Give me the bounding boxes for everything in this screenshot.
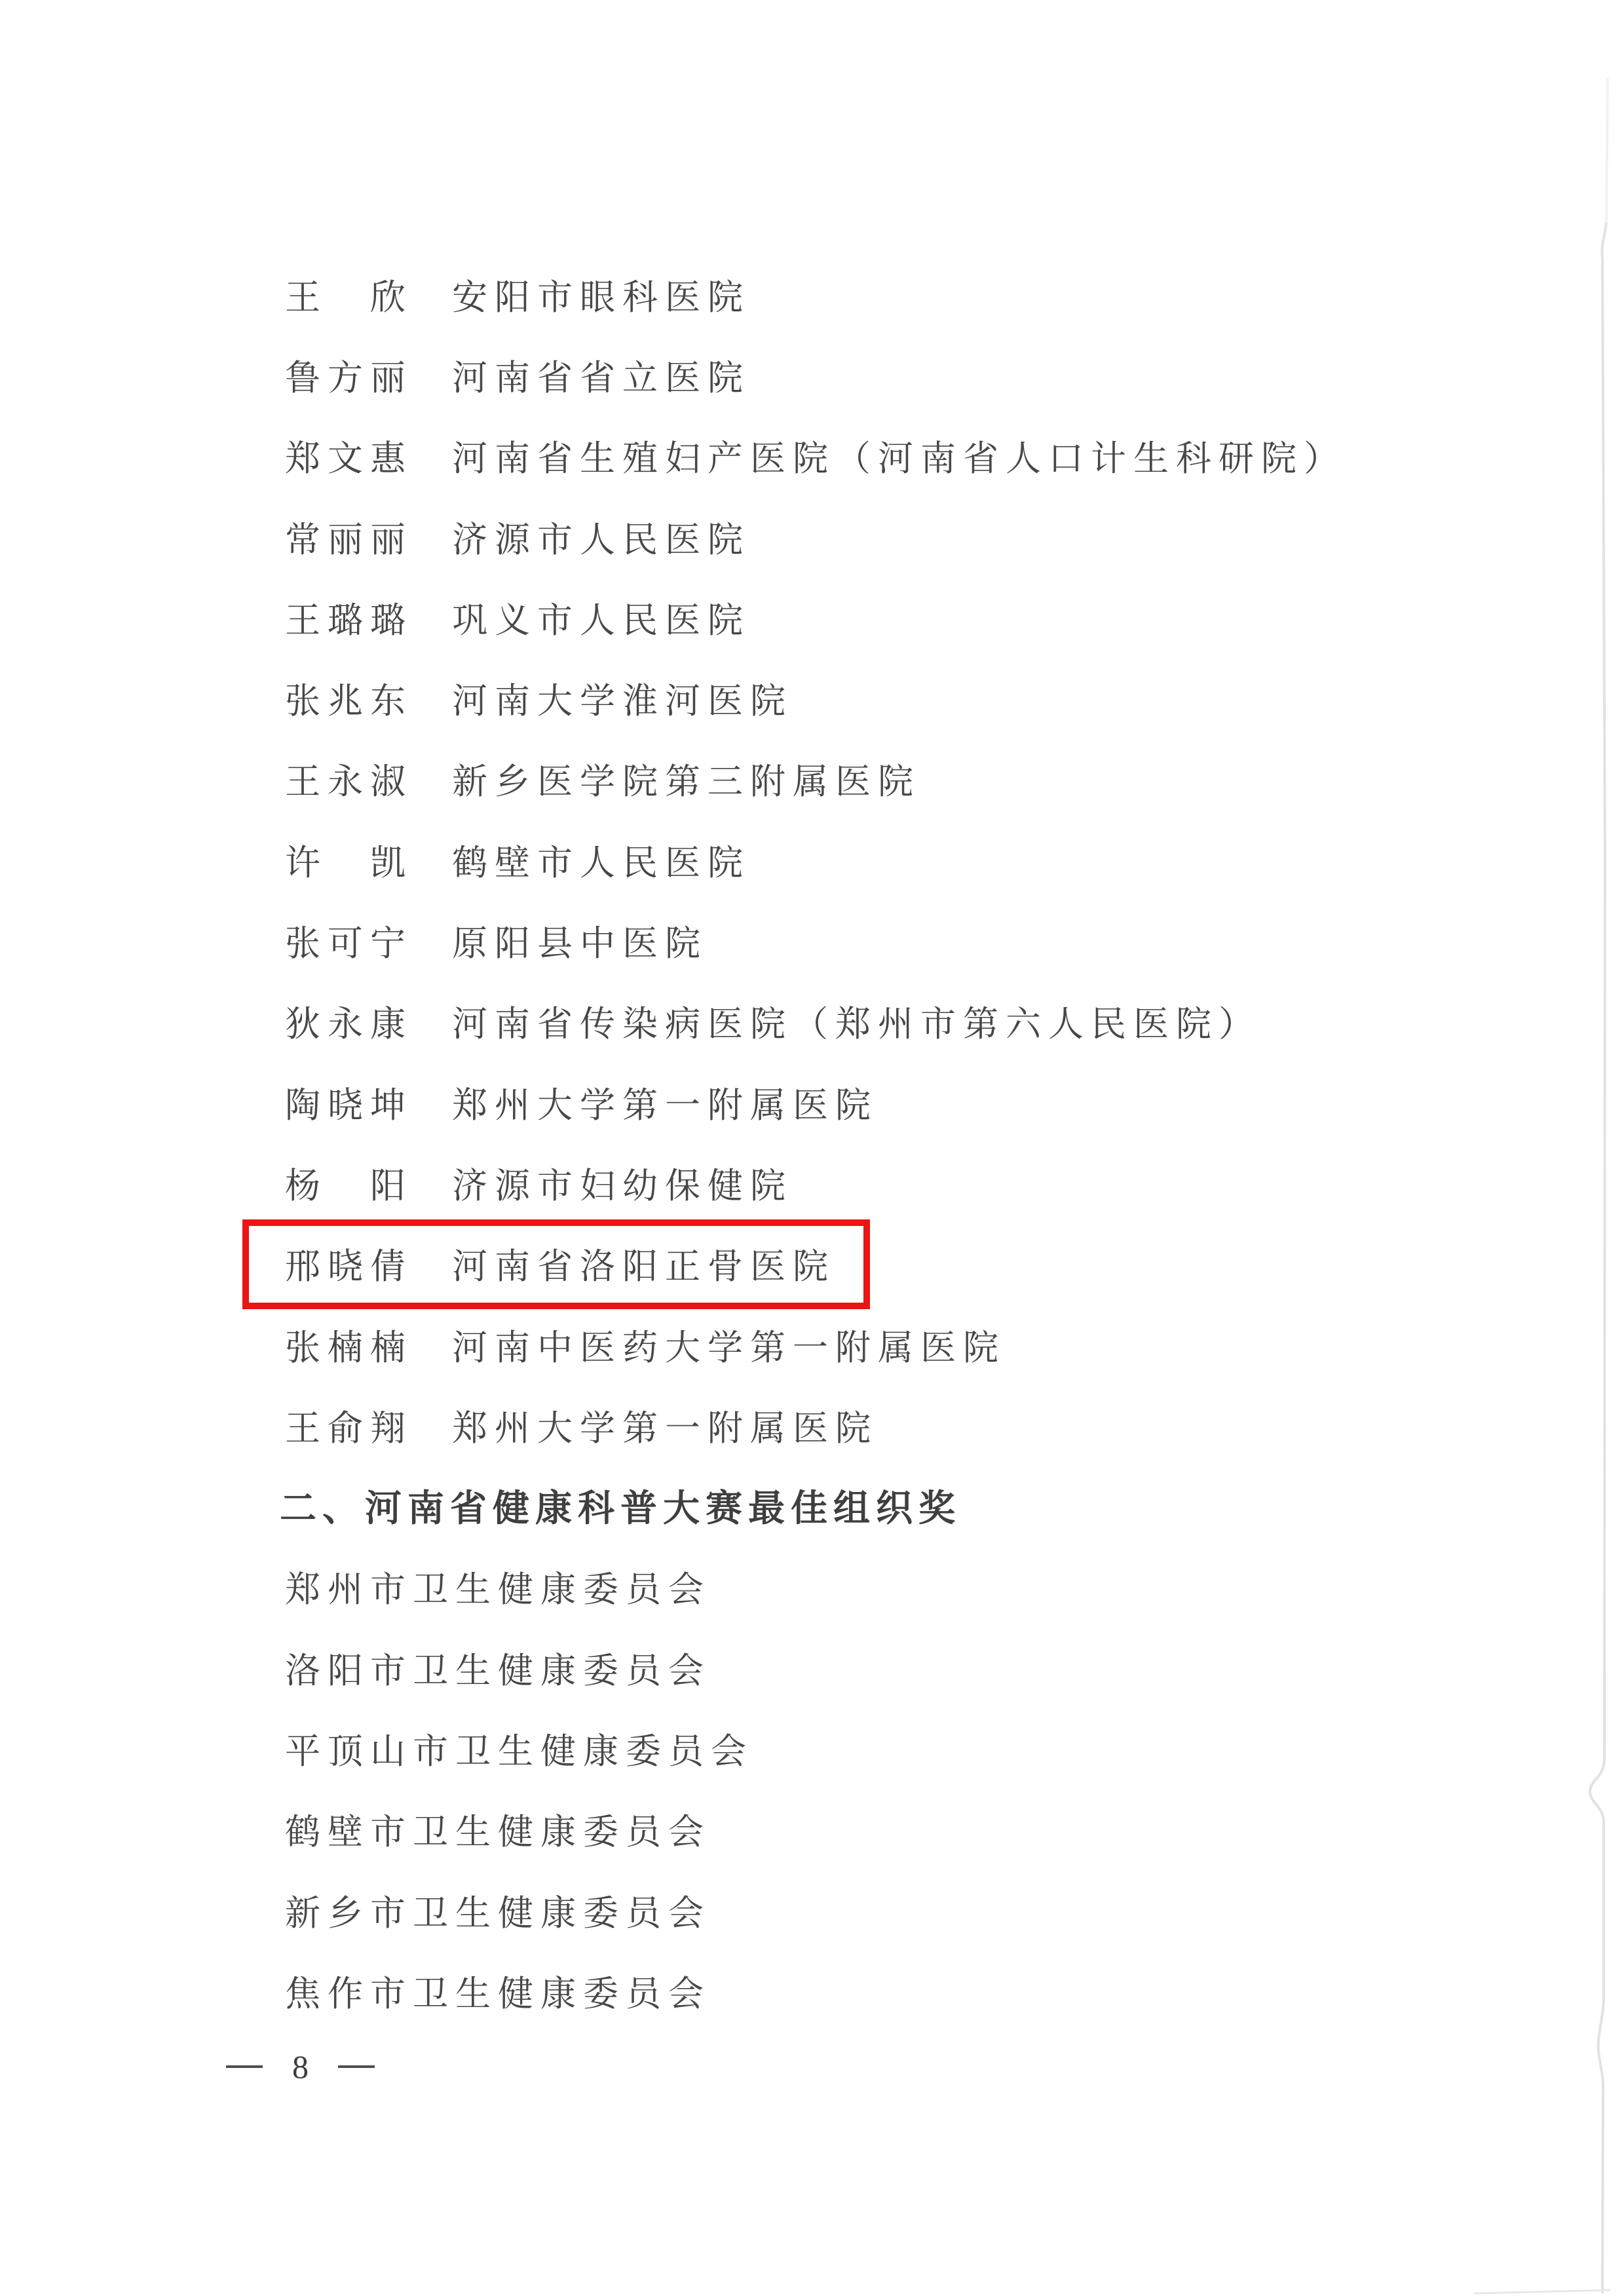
winner-name: 王璐璐: [285, 603, 452, 638]
award-winner-row: 鲁方丽 河南省省立医院: [285, 337, 1624, 418]
winner-name: 张楠楠: [285, 1330, 452, 1366]
award-winner-row: 王俞翔 郑州大学第一附属医院: [285, 1388, 1624, 1468]
highlight-box: [242, 1219, 870, 1309]
winner-organization: 郑州大学第一附属医院: [452, 1088, 878, 1123]
page-number: 8: [292, 2050, 309, 2083]
winner-organization: 安阳市眼科医院: [452, 280, 750, 315]
organization-row: 洛阳市卫生健康委员会: [285, 1630, 1624, 1711]
winner-name: 张兆东: [285, 683, 452, 719]
winner-organization: 原阳县中医院: [452, 926, 708, 961]
award-winner-row: 王璐璐 巩义市人民医院: [285, 580, 1624, 660]
award-winner-row: 张楠楠 河南中医药大学第一附属医院: [285, 1307, 1624, 1388]
award-winner-row: 狄永康 河南省传染病医院（郑州市第六人民医院）: [285, 984, 1624, 1065]
winner-organization: 巩义市人民医院: [452, 603, 750, 638]
winner-organization: 新乡医学院第三附属医院: [452, 764, 920, 799]
winner-name: 陶晓坤: [285, 1088, 452, 1123]
award-winner-row: 许 凯 鹤壁市人民医院: [285, 822, 1624, 903]
winner-organization: 河南中医药大学第一附属医院: [452, 1330, 1006, 1366]
organization-award-list: 郑州市卫生健康委员会 洛阳市卫生健康委员会 平顶山市卫生健康委员会 鹤壁市卫生健…: [0, 1550, 1624, 2035]
section-two-heading: 二、河南省健康科普大赛最佳组织奖: [0, 1468, 1624, 1549]
organization-name: 郑州市卫生健康委员会: [285, 1572, 711, 1607]
winner-organization: 济源市人民医院: [452, 522, 750, 558]
winner-organization: 河南大学淮河医院: [452, 683, 793, 719]
organization-row: 平顶山市卫生健康委员会: [285, 1711, 1624, 1791]
organization-row: 鹤壁市卫生健康委员会: [285, 1792, 1624, 1873]
award-winner-row: 王 欣 安阳市眼科医院: [285, 257, 1624, 337]
winner-name: 王 欣: [285, 280, 452, 315]
winner-organization: 鹤壁市人民医院: [452, 845, 750, 881]
organization-name: 洛阳市卫生健康委员会: [285, 1653, 711, 1689]
award-winner-row: 郑文惠 河南省生殖妇产医院（河南省人口计生科研院）: [285, 419, 1624, 499]
winner-name: 王永淑: [285, 764, 452, 799]
organization-name: 新乡市卫生健康委员会: [285, 1896, 711, 1931]
winner-organization: 郑州大学第一附属医院: [452, 1411, 878, 1446]
winner-name: 张可宁: [285, 926, 452, 961]
winner-organization: 河南省传染病医院（郑州市第六人民医院）: [452, 1006, 1261, 1042]
document-page: 王 欣 安阳市眼科医院 鲁方丽 河南省省立医院 郑文惠 河南省生殖妇产医院（河南…: [0, 0, 1624, 2296]
award-winner-row: 张可宁 原阳县中医院: [285, 903, 1624, 984]
winner-organization: 济源市妇幼保健院: [452, 1168, 793, 1204]
organization-name: 平顶山市卫生健康委员会: [285, 1734, 753, 1769]
organization-row: 焦作市卫生健康委员会: [285, 1953, 1624, 2034]
winner-name: 狄永康: [285, 1006, 452, 1042]
award-winner-row: 王永淑 新乡医学院第三附属医院: [285, 742, 1624, 822]
winner-name: 鲁方丽: [285, 360, 452, 396]
award-winner-row: 邢晓倩 河南省洛阳正骨医院: [285, 1227, 1624, 1307]
award-winner-row: 杨 阳 济源市妇幼保健院: [285, 1145, 1624, 1226]
winner-name: 杨 阳: [285, 1168, 452, 1204]
award-winner-row: 常丽丽 济源市人民医院: [285, 499, 1624, 580]
winner-name: 王俞翔: [285, 1411, 452, 1446]
footer-right-dash: [338, 2065, 375, 2068]
winner-name: 郑文惠: [285, 441, 452, 476]
award-winner-row: 张兆东 河南大学淮河医院: [285, 660, 1624, 741]
organization-name: 鹤壁市卫生健康委员会: [285, 1814, 711, 1850]
winner-name: 常丽丽: [285, 522, 452, 558]
organization-row: 郑州市卫生健康委员会: [285, 1550, 1624, 1630]
winner-organization: 河南省生殖妇产医院（河南省人口计生科研院）: [452, 441, 1346, 476]
organization-row: 新乡市卫生健康委员会: [285, 1873, 1624, 1953]
footer-left-dash: [226, 2065, 263, 2068]
page-footer: 8: [226, 2048, 375, 2085]
winner-name: 许 凯: [285, 845, 452, 881]
winner-organization: 河南省省立医院: [452, 360, 750, 396]
organization-name: 焦作市卫生健康委员会: [285, 1976, 711, 2012]
award-winners-list: 王 欣 安阳市眼科医院 鲁方丽 河南省省立医院 郑文惠 河南省生殖妇产医院（河南…: [0, 0, 1624, 1468]
award-winner-row: 陶晓坤 郑州大学第一附属医院: [285, 1065, 1624, 1145]
